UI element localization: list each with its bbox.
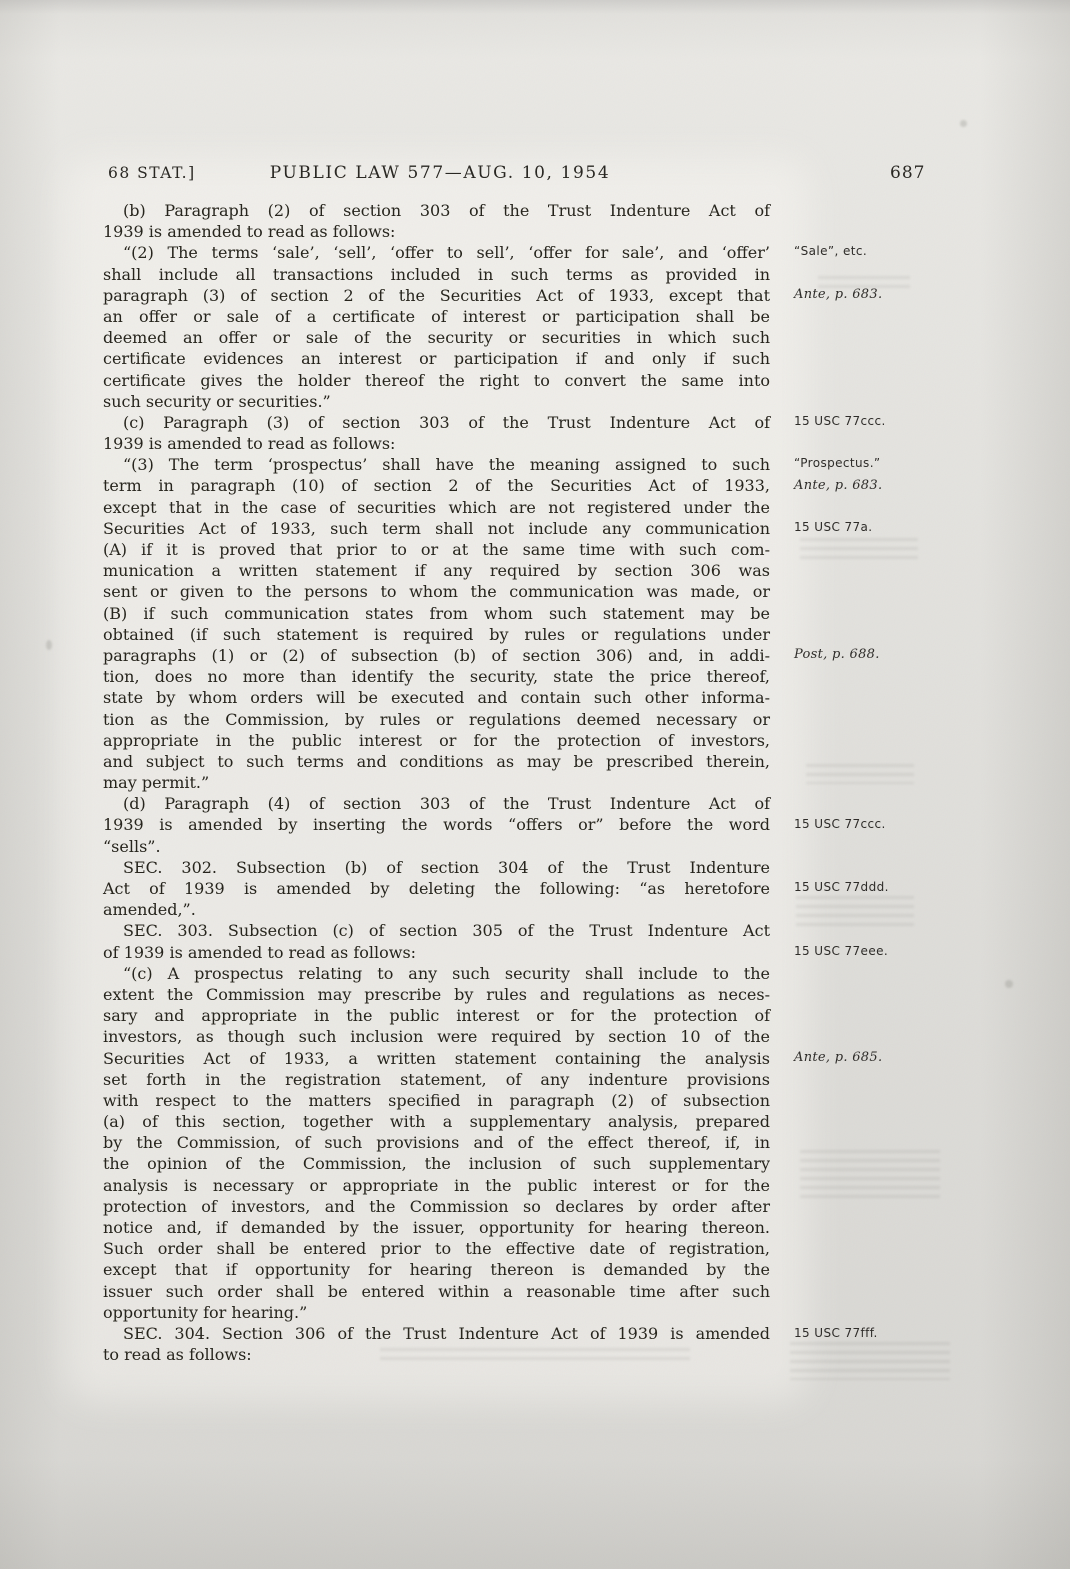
margin-note: Ante, p. 683. — [794, 478, 1004, 493]
text-line: obtained (if such statement is required … — [103, 624, 770, 645]
bleed-through-artifact — [806, 764, 914, 784]
bleed-through-artifact — [790, 1342, 950, 1380]
text-line: state by whom orders will be executed an… — [103, 687, 770, 708]
text-line: term in paragraph (10) of section 2 of t… — [103, 475, 770, 496]
text-line: deemed an offer or sale of the security … — [103, 327, 770, 348]
text-line: of 1939 is amended to read as follows: — [103, 942, 770, 963]
text-line: tion, does no more than identify the sec… — [103, 666, 770, 687]
scan-speck — [46, 640, 52, 650]
text-line: to read as follows: — [103, 1344, 770, 1365]
text-line: the opinion of the Commission, the inclu… — [103, 1153, 770, 1174]
text-line: (B) if such communication states from wh… — [103, 603, 770, 624]
text-line: Securities Act of 1933, a written statem… — [103, 1048, 770, 1069]
text-line: (c) Paragraph (3) of section 303 of the … — [103, 412, 770, 433]
text-line: investors, as though such inclusion were… — [103, 1026, 770, 1047]
bleed-through-artifact — [796, 896, 914, 932]
statute-body-text: (b) Paragraph (2) of section 303 of the … — [103, 200, 770, 1365]
text-line: certificate evidences an interest or par… — [103, 348, 770, 369]
text-line: SEC. 303. Subsection (c) of section 305 … — [103, 920, 770, 941]
text-line: may permit.” — [103, 772, 770, 793]
bleed-through-artifact — [818, 276, 910, 292]
text-line: analysis is necessary or appropriate in … — [103, 1175, 770, 1196]
text-line: set forth in the registration statement,… — [103, 1069, 770, 1090]
text-line: SEC. 304. Section 306 of the Trust Inden… — [103, 1323, 770, 1344]
text-line: an offer or sale of a certificate of int… — [103, 306, 770, 327]
text-line: SEC. 302. Subsection (b) of section 304 … — [103, 857, 770, 878]
text-line: such security or securities.” — [103, 391, 770, 412]
text-line: tion as the Commission, by rules or regu… — [103, 709, 770, 730]
law-title: PUBLIC LAW 577—AUG. 10, 1954 — [240, 163, 640, 183]
text-line: and subject to such terms and conditions… — [103, 751, 770, 772]
bleed-through-artifact — [800, 538, 918, 564]
margin-note: Ante, p. 685. — [794, 1050, 1004, 1065]
text-line: extent the Commission may prescribe by r… — [103, 984, 770, 1005]
margin-note: 15 USC 77ccc. — [794, 414, 1004, 428]
margin-note: 15 USC 77ddd. — [794, 880, 1004, 894]
text-line: (a) of this section, together with a sup… — [103, 1111, 770, 1132]
text-line: paragraph (3) of section 2 of the Securi… — [103, 285, 770, 306]
text-line: Securities Act of 1933, such term shall … — [103, 518, 770, 539]
text-line: except that in the case of securities wh… — [103, 497, 770, 518]
margin-note: 15 USC 77ccc. — [794, 817, 1004, 831]
stat-volume-label: 68 STAT.] — [108, 164, 196, 182]
text-line: issuer such order shall be entered withi… — [103, 1281, 770, 1302]
text-line: Such order shall be entered prior to the… — [103, 1238, 770, 1259]
text-line: “sells”. — [103, 836, 770, 857]
bleed-through-artifact — [800, 1150, 940, 1202]
text-line: sary and appropriate in the public inter… — [103, 1005, 770, 1026]
text-line: certificate gives the holder thereof the… — [103, 370, 770, 391]
text-line: paragraphs (1) or (2) of subsection (b) … — [103, 645, 770, 666]
text-line: with respect to the matters specified in… — [103, 1090, 770, 1111]
text-line: 1939 is amended to read as follows: — [103, 221, 770, 242]
text-line: (A) if it is proved that prior to or at … — [103, 539, 770, 560]
text-line: protection of investors, and the Commiss… — [103, 1196, 770, 1217]
margin-note: “Prospectus.” — [794, 456, 1004, 470]
text-line: “(3) The term ‘prospectus’ shall have th… — [103, 454, 770, 475]
scan-speck — [960, 120, 967, 127]
text-line: shall include all transactions included … — [103, 264, 770, 285]
text-line: munication a written statement if any re… — [103, 560, 770, 581]
margin-note: 15 USC 77a. — [794, 520, 1004, 534]
text-line: (b) Paragraph (2) of section 303 of the … — [103, 200, 770, 221]
text-line: except that if opportunity for hearing t… — [103, 1259, 770, 1280]
margin-note: Ante, p. 683. — [794, 287, 1004, 302]
text-line: (d) Paragraph (4) of section 303 of the … — [103, 793, 770, 814]
margin-note: 15 USC 77fff. — [794, 1326, 1004, 1340]
text-line: notice and, if demanded by the issuer, o… — [103, 1217, 770, 1238]
text-line: appropriate in the public interest or fo… — [103, 730, 770, 751]
text-line: by the Commission, of such provisions an… — [103, 1132, 770, 1153]
text-line: amended,”. — [103, 899, 770, 920]
text-line: “(2) The terms ‘sale’, ‘sell’, ‘offer to… — [103, 242, 770, 263]
margin-note: Post, p. 688. — [794, 647, 1004, 662]
margin-note: “Sale”, etc. — [794, 244, 1004, 258]
margin-note: 15 USC 77eee. — [794, 944, 1004, 958]
text-line: 1939 is amended to read as follows: — [103, 433, 770, 454]
text-line: opportunity for hearing.” — [103, 1302, 770, 1323]
page-number: 687 — [890, 163, 925, 183]
text-line: Act of 1939 is amended by deleting the f… — [103, 878, 770, 899]
text-line: “(c) A prospectus relating to any such s… — [103, 963, 770, 984]
text-line: 1939 is amended by inserting the words “… — [103, 814, 770, 835]
scan-speck — [1005, 980, 1013, 988]
text-line: sent or given to the persons to whom the… — [103, 581, 770, 602]
